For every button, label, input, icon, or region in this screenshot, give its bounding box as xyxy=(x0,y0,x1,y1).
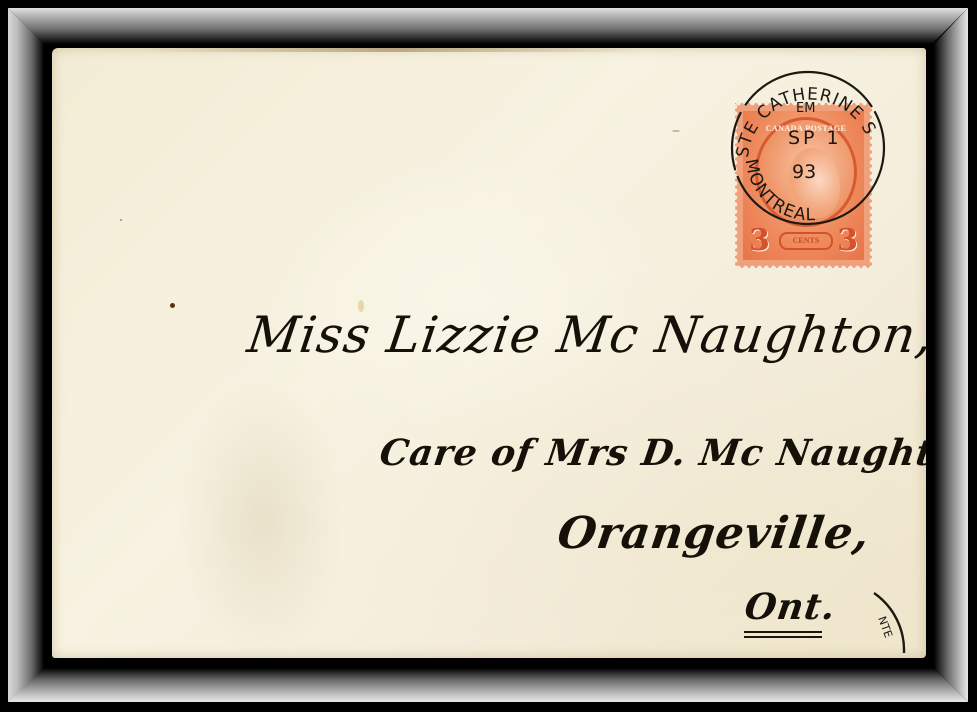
speck xyxy=(120,219,122,221)
stamp-cents-label: CENTS xyxy=(779,232,833,250)
stamp-value-left: 3 xyxy=(749,223,770,258)
secondary-postmark-text: NTE xyxy=(875,615,895,640)
speck xyxy=(672,130,680,132)
address-line-recipient: Miss Lizzie Mc Naughton, xyxy=(244,306,926,364)
frame-bevel-bottom xyxy=(8,668,968,702)
frame-bevel-top xyxy=(8,8,968,44)
ink-spot xyxy=(170,303,175,308)
postage-stamp: CANADA POSTAGE 3 CENTS 3 xyxy=(735,103,872,268)
queen-portrait xyxy=(788,148,840,218)
stamp-perforation-top xyxy=(735,100,872,106)
frame-bevel-left xyxy=(8,8,44,702)
stamp-perforation-left xyxy=(732,103,738,268)
frame-bevel-right xyxy=(934,8,968,702)
province-underline-1 xyxy=(744,631,822,633)
envelope: CANADA POSTAGE 3 CENTS 3 STE CATHERINE S… xyxy=(52,48,926,658)
address-line-care-of: Care of Mrs D. Mc Naughton, xyxy=(377,432,926,474)
stamp-perforation-right xyxy=(869,103,875,268)
address-line-town: Orangeville, xyxy=(554,508,873,559)
province-underline-2 xyxy=(744,636,822,638)
address-line-province: Ont. xyxy=(742,586,839,628)
stamp-portrait-oval: CANADA POSTAGE xyxy=(755,117,857,227)
stamp-country-text: CANADA POSTAGE xyxy=(758,124,854,133)
stamp-perforation-bottom xyxy=(735,265,872,271)
stamp-value-right: 3 xyxy=(837,223,858,258)
envelope-top-stain xyxy=(142,48,642,52)
stamp-design: CANADA POSTAGE 3 CENTS 3 xyxy=(743,111,864,260)
